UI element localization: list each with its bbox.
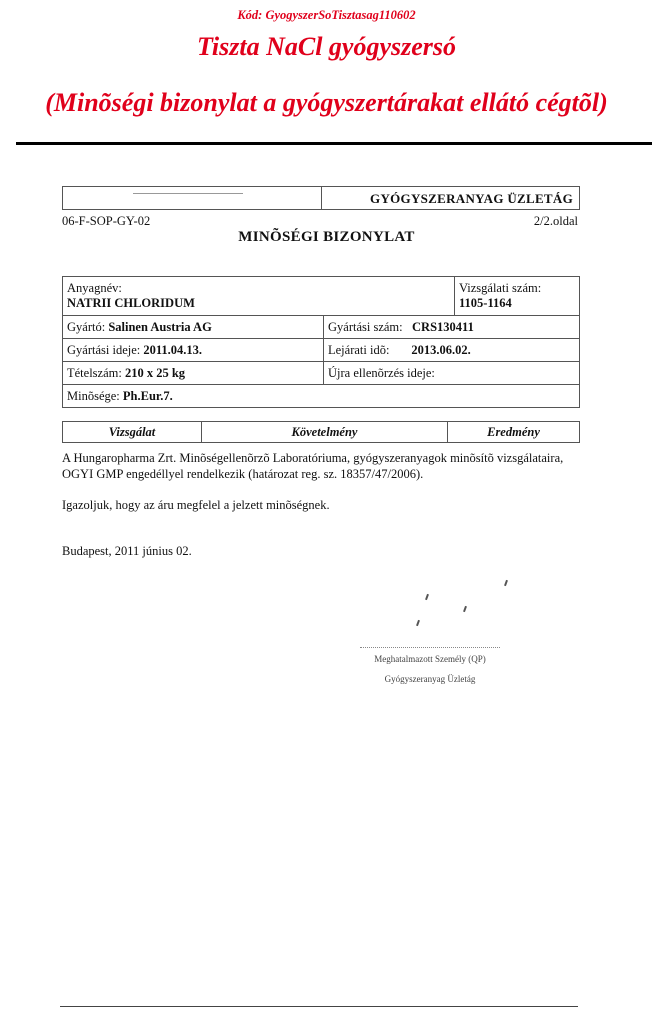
signatory-unit: Gyógyszeranyag Üzletág <box>350 674 510 684</box>
mfg-date-label: Gyártási ideje: <box>67 343 140 357</box>
tests-table: Vizsgálat Követelmény Eredmény <box>62 421 580 443</box>
material-label: Anyagnév: <box>67 281 122 295</box>
bottom-divider <box>60 1006 578 1007</box>
lab-statement: A Hungaropharma Zrt. Minõségellenõrzõ La… <box>62 450 582 482</box>
test-number-cell: Vizsgálati szám: 1105-1164 <box>455 277 580 316</box>
material-cell: Anyagnév: NATRII CHLORIDUM <box>63 277 455 316</box>
manufacturer-value: Salinen Austria AG <box>108 320 212 334</box>
column-header-result: Eredmény <box>448 422 580 443</box>
column-header-requirement: Követelmény <box>202 422 448 443</box>
column-header-test: Vizsgálat <box>63 422 202 443</box>
batch-value: CRS130411 <box>412 320 474 334</box>
place-date: Budapest, 2011 június 02. <box>62 543 192 559</box>
signatory-role: Meghatalmazott Személy (QP) <box>350 654 510 664</box>
signature-line <box>360 647 500 648</box>
signature-mark <box>425 594 429 600</box>
batch-cell: Gyártási szám: CRS130411 <box>324 316 580 339</box>
quality-cell: Minõsége: Ph.Eur.7. <box>63 385 580 408</box>
letterhead-logo-area <box>63 187 322 209</box>
page-number: 2/2.oldal <box>534 214 578 229</box>
quality-value: Ph.Eur.7. <box>123 389 173 403</box>
mfg-date-cell: Gyártási ideje: 2011.04.13. <box>63 339 324 362</box>
material-info-table: Anyagnév: NATRII CHLORIDUM Vizsgálati sz… <box>62 276 580 408</box>
expiry-label: Lejárati idõ: <box>328 343 389 357</box>
signature-mark <box>463 606 467 612</box>
page-title: Tiszta NaCl gyógyszersó <box>0 32 653 62</box>
page-subtitle: (Minõségi bizonylat a gyógyszertárakat e… <box>0 88 653 118</box>
top-divider <box>16 142 652 145</box>
lot-value: 210 x 25 kg <box>125 366 185 380</box>
lot-cell: Tételszám: 210 x 25 kg <box>63 362 324 385</box>
certificate-title: MINÕSÉGI BIZONYLAT <box>0 229 653 246</box>
division-name: GYÓGYSZERANYAG ÜZLETÁG <box>321 187 579 209</box>
manufacturer-label: Gyártó: <box>67 320 105 334</box>
recheck-cell: Újra ellenõrzés ideje: <box>324 362 580 385</box>
expiry-cell: Lejárati idõ: 2013.06.02. <box>324 339 580 362</box>
signature-mark <box>504 580 508 586</box>
batch-label: Gyártási szám: <box>328 320 403 334</box>
doc-number: 06-F-SOP-GY-02 <box>62 214 150 229</box>
expiry-value: 2013.06.02. <box>411 343 470 357</box>
recheck-label: Újra ellenõrzés ideje: <box>328 366 435 380</box>
signature-mark <box>416 620 420 626</box>
test-number-value: 1105-1164 <box>459 296 512 310</box>
material-value: NATRII CHLORIDUM <box>67 296 195 310</box>
lot-label: Tételszám: <box>67 366 122 380</box>
conformity-statement: Igazoljuk, hogy az áru megfelel a jelzet… <box>62 497 330 513</box>
quality-label: Minõsége: <box>67 389 120 403</box>
test-number-label: Vizsgálati szám: <box>459 281 541 295</box>
mfg-date-value: 2011.04.13. <box>143 343 202 357</box>
document-code: Kód: GyogyszerSoTisztasag110602 <box>0 8 653 23</box>
manufacturer-cell: Gyártó: Salinen Austria AG <box>63 316 324 339</box>
letterhead-box: GYÓGYSZERANYAG ÜZLETÁG <box>62 186 580 210</box>
